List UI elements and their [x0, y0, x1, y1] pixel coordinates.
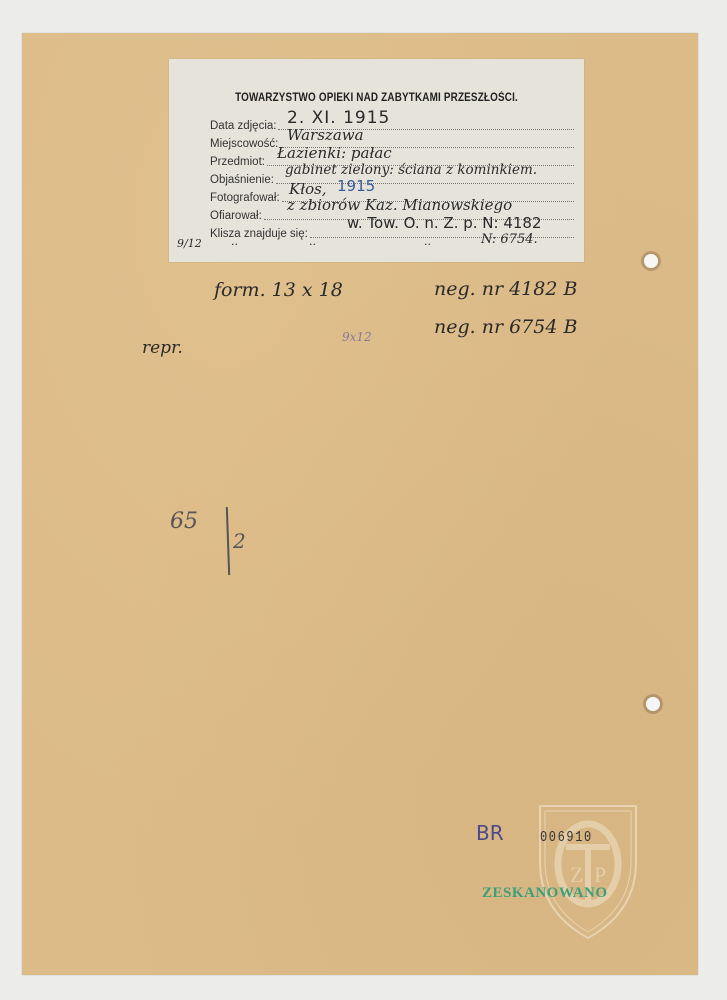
value-place: Warszawa — [287, 126, 364, 144]
ditto-mark: .. — [231, 235, 238, 248]
punch-hole-top — [644, 254, 658, 268]
folio-right: 2 — [233, 529, 246, 553]
value-subject: Łazienki: pałac — [277, 144, 392, 162]
value-date: 2. XI. 1915 — [287, 108, 390, 128]
value-donor: z zbiorów Kaz. Mianowskiego — [287, 196, 512, 214]
folio-left: 65 — [170, 509, 198, 534]
stamp-br: BR — [476, 821, 504, 845]
value-photo-year: 1915 — [337, 177, 375, 195]
value-negative-location: w. Tow. O. n. Z. p. N: 4182 — [347, 214, 542, 232]
serial-number: 006910 — [540, 829, 593, 846]
ditto-mark: .. — [424, 235, 431, 248]
scanned-stamp: ZESKANOWANO — [482, 885, 608, 902]
value-second-negative: N: 6754. — [481, 232, 538, 247]
field-place: Miejscowość: — [210, 134, 574, 150]
society-label: TOWARZYSTWO OPIEKI NAD ZABYTKAMI PRZESZŁ… — [169, 59, 584, 262]
note-9-12: 9/12 — [177, 237, 202, 250]
svg-text:Z: Z — [570, 862, 583, 887]
note-neg-1: neg. nr 4182 B — [434, 278, 577, 300]
note-neg-2: neg. nr 6754 B — [434, 316, 577, 338]
ditto-mark: .. — [309, 235, 316, 248]
value-description: gabinet zielony: ściana z kominkiem. — [285, 162, 537, 178]
svg-text:P: P — [594, 862, 606, 887]
society-logo-watermark: Z P — [536, 802, 640, 942]
note-repr: repr. — [142, 338, 183, 358]
note-small-format: 9x12 — [342, 330, 372, 344]
note-format: form. 13 x 18 — [214, 279, 343, 301]
archive-card: TOWARZYSTWO OPIEKI NAD ZABYTKAMI PRZESZŁ… — [22, 33, 698, 975]
punch-hole-bottom — [646, 697, 660, 711]
folio-divider — [226, 507, 230, 575]
field-date: Data zdjęcia: — [210, 116, 574, 132]
label-title: TOWARZYSTWO OPIEKI NAD ZABYTKAMI PRZESZŁ… — [198, 92, 555, 104]
